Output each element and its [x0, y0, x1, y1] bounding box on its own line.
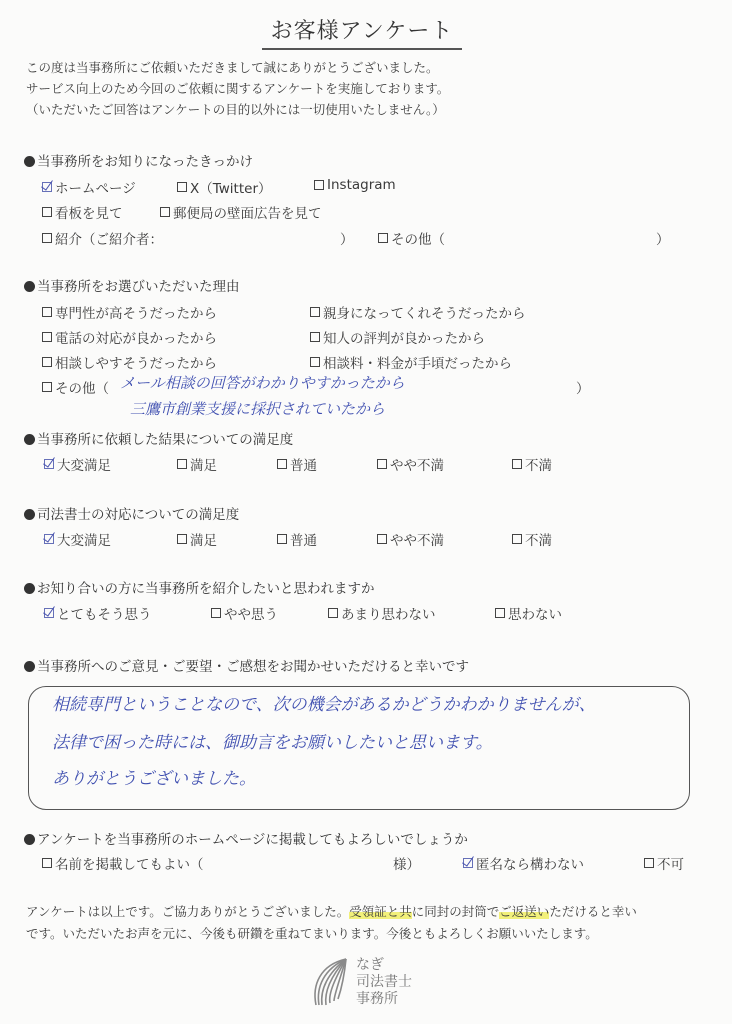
checkbox-icon[interactable] [310, 332, 320, 342]
closing-text: アンケートは以上です。ご協力ありがとうございました。受領証と共に同封の封筒でご返… [26, 901, 637, 945]
paren: ） [340, 228, 354, 248]
option-label: 名前を掲載してもよい（ [55, 853, 204, 873]
checkbox-icon[interactable] [314, 180, 324, 190]
q7-name-suffix: 様） [393, 853, 420, 873]
closing-text-part: に同封の封筒で [412, 904, 500, 919]
q3-option-satisfied[interactable]: 満足 [177, 454, 217, 474]
q2-option-easy-consult[interactable]: 相談しやすそうだったから [42, 352, 217, 372]
option-label: あまり思わない [341, 603, 436, 623]
q3-option-dissatisfied[interactable]: 不満 [512, 454, 552, 474]
option-label: その他（ [55, 377, 109, 397]
intro-line: サービス向上のため今回のご依頼に関するアンケートを実施しております。 [26, 78, 449, 99]
paren: ） [576, 377, 590, 397]
option-label: 郵便局の壁面広告を見て [173, 202, 322, 222]
q3-heading: 当事務所に依頼した結果についての満足度 [24, 428, 293, 448]
option-label: 相談料・料金が手頃だったから [323, 352, 512, 372]
option-label: 不満 [525, 529, 552, 549]
intro-text: この度は当事務所にご依頼いただきまして誠にありがとうございました。 サービス向上… [26, 57, 449, 120]
checkbox-icon[interactable] [42, 207, 52, 217]
q2-other-close: ） [576, 377, 590, 397]
option-label: 看板を見て [55, 202, 123, 222]
checkbox-icon[interactable] [42, 307, 52, 317]
q5-heading: お知り合いの方に当事務所を紹介したいと思われますか [24, 577, 375, 597]
intro-line: この度は当事務所にご依頼いただきまして誠にありがとうございました。 [26, 57, 449, 78]
bullet-icon [24, 834, 35, 845]
option-label: 知人の評判が良かったから [323, 327, 485, 347]
closing-line: です。いただいたお声を元に、今後も研鑽を重ねてまいります。今後ともよろしくお願い… [26, 923, 637, 945]
q1-option-other[interactable]: その他（ [378, 228, 445, 248]
comment-handwritten-line: ありがとうございました。 [52, 764, 256, 789]
checkbox-icon[interactable] [377, 534, 387, 544]
q2-option-reputation[interactable]: 知人の評判が良かったから [310, 327, 485, 347]
q3-option-very-satisfied[interactable]: 大変満足 [44, 454, 111, 474]
q3-option-neutral[interactable]: 普通 [277, 454, 317, 474]
checkbox-icon[interactable] [378, 233, 388, 243]
checkbox-icon[interactable] [160, 207, 170, 217]
bullet-icon [24, 434, 35, 445]
checkbox-icon[interactable] [277, 459, 287, 469]
q2-option-price[interactable]: 相談料・料金が手頃だったから [310, 352, 512, 372]
q3-option-somewhat-dissatisfied[interactable]: やや不満 [377, 454, 444, 474]
option-label: やや思う [224, 603, 278, 623]
q4-option-neutral[interactable]: 普通 [277, 529, 317, 549]
option-label: 満足 [190, 529, 217, 549]
option-label: とてもそう思う [57, 603, 152, 623]
name-suffix: 様） [393, 853, 420, 873]
option-label: 満足 [190, 454, 217, 474]
bullet-icon [24, 509, 35, 520]
q4-option-dissatisfied[interactable]: 不満 [512, 529, 552, 549]
closing-line: アンケートは以上です。ご協力ありがとうございました。受領証と共に同封の封筒でご返… [26, 901, 637, 923]
q7-heading: アンケートを当事務所のホームページに掲載してもよろしいでしょうか [24, 828, 468, 848]
closing-text-part: アンケートは以上です。ご協力ありがとうございました。 [26, 904, 349, 919]
checkbox-icon[interactable] [42, 382, 52, 392]
q2-other-handwritten-line: メール相談の回答がわかりやすかったから [120, 372, 405, 393]
q4-option-somewhat-dissatisfied[interactable]: やや不満 [377, 529, 444, 549]
checkbox-icon[interactable] [377, 459, 387, 469]
highlighted-text: ご返送い [499, 904, 549, 919]
q4-heading-text: 司法書士の対応についての満足度 [37, 507, 239, 523]
checkbox-checked-icon[interactable] [463, 858, 473, 868]
checkbox-icon[interactable] [42, 233, 52, 243]
checkbox-checked-icon[interactable] [44, 608, 54, 618]
option-label: やや不満 [390, 529, 444, 549]
bullet-icon [24, 583, 35, 594]
q2-other-handwritten-line: 三鷹市創業支援に採択されていたから [130, 398, 385, 419]
q1-option-post-office-ad[interactable]: 郵便局の壁面広告を見て [160, 202, 322, 222]
checkbox-icon[interactable] [512, 459, 522, 469]
survey-page: お客様アンケート この度は当事務所にご依頼いただきまして誠にありがとうございまし… [0, 0, 732, 1024]
q1-option-signboard[interactable]: 看板を見て [42, 202, 123, 222]
checkbox-icon[interactable] [42, 858, 52, 868]
q2-heading: 当事務所をお選びいただいた理由 [24, 275, 240, 295]
q7-option-not-allowed[interactable]: 不可 [644, 853, 684, 873]
option-label: 専門性が高そうだったから [55, 302, 217, 322]
option-label: その他（ [391, 228, 445, 248]
intro-line: （いただいたご回答はアンケートの目的以外には一切使用いたしません。） [26, 99, 449, 120]
option-label: 大変満足 [57, 529, 111, 549]
bullet-icon [24, 661, 35, 672]
option-label: 紹介（ご紹介者： [55, 228, 163, 248]
checkbox-icon[interactable] [177, 534, 187, 544]
q6-heading: 当事務所へのご意見・ご要望・ご感想をお聞かせいただけると幸いです [24, 655, 469, 675]
checkbox-checked-icon[interactable] [44, 534, 54, 544]
q2-option-phone[interactable]: 電話の対応が良かったから [42, 327, 217, 347]
comment-handwritten-line: 相続専門ということなので、次の機会があるかどうかわかりませんが、 [52, 690, 596, 715]
checkbox-icon[interactable] [42, 332, 52, 342]
q2-option-caring[interactable]: 親身になってくれそうだったから [310, 302, 526, 322]
option-label: ホームページ [55, 177, 136, 197]
q4-option-very-satisfied[interactable]: 大変満足 [44, 529, 111, 549]
logo-line: 司法書士 [356, 974, 412, 991]
option-label: 電話の対応が良かったから [55, 327, 217, 347]
q2-option-other[interactable]: その他（ [42, 377, 109, 397]
q2-option-expertise[interactable]: 専門性が高そうだったから [42, 302, 217, 322]
q5-heading-text: お知り合いの方に当事務所を紹介したいと思われますか [37, 581, 375, 597]
q1-option-referral[interactable]: 紹介（ご紹介者： [42, 228, 163, 248]
option-label: やや不満 [390, 454, 444, 474]
closing-text-part: ただけると幸い [549, 904, 637, 919]
option-label: 普通 [290, 529, 317, 549]
checkbox-icon[interactable] [310, 357, 320, 367]
checkbox-checked-icon[interactable] [42, 182, 52, 192]
q1-heading-text: 当事務所をお知りになったきっかけ [37, 154, 253, 170]
logo-text: なぎ 司法書士 事務所 [356, 957, 412, 1008]
q1-heading: 当事務所をお知りになったきっかけ [24, 150, 253, 170]
option-label: 不満 [525, 454, 552, 474]
q5-option-somewhat-agree[interactable]: やや思う [211, 603, 278, 623]
q1-option-x[interactable]: X（Twitter） [177, 177, 272, 197]
q7-option-anonymous[interactable]: 匿名なら構わない [463, 853, 584, 873]
q5-option-not-much[interactable]: あまり思わない [328, 603, 436, 623]
checkbox-icon[interactable] [177, 459, 187, 469]
checkbox-icon[interactable] [177, 182, 187, 192]
comment-handwritten-line: 法律で困った時には、御助言をお願いしたいと思います。 [52, 728, 493, 753]
q1-option-homepage[interactable]: ホームページ [42, 177, 136, 197]
option-label: 思わない [508, 603, 562, 623]
checkbox-checked-icon[interactable] [44, 459, 54, 469]
checkbox-icon[interactable] [644, 858, 654, 868]
q1-other-close: ） [656, 228, 670, 248]
logo-line: 事務所 [356, 991, 412, 1008]
q6-heading-text: 当事務所へのご意見・ご要望・ご感想をお聞かせいただけると幸いです [37, 659, 469, 675]
office-logo: なぎ 司法書士 事務所 [310, 955, 412, 1009]
checkbox-icon[interactable] [310, 307, 320, 317]
q7-heading-text: アンケートを当事務所のホームページに掲載してもよろしいでしょうか [37, 832, 468, 848]
option-label: Instagram [327, 177, 396, 193]
q4-option-satisfied[interactable]: 満足 [177, 529, 217, 549]
option-label: 不可 [657, 853, 684, 873]
q4-heading: 司法書士の対応についての満足度 [24, 503, 239, 523]
checkbox-icon[interactable] [328, 608, 338, 618]
page-title: お客様アンケート [262, 14, 462, 50]
option-label: 親身になってくれそうだったから [323, 302, 526, 322]
q5-option-disagree[interactable]: 思わない [495, 603, 562, 623]
q5-option-strongly-agree[interactable]: とてもそう思う [44, 603, 152, 623]
bullet-icon [24, 281, 35, 292]
checkbox-icon[interactable] [42, 357, 52, 367]
checkbox-icon[interactable] [495, 608, 505, 618]
paren: ） [656, 228, 670, 248]
option-label: 相談しやすそうだったから [55, 352, 217, 372]
checkbox-icon[interactable] [512, 534, 522, 544]
leaf-logo-icon [310, 955, 352, 1009]
option-label: 普通 [290, 454, 317, 474]
logo-line: なぎ [356, 957, 412, 974]
option-label: 匿名なら構わない [476, 853, 584, 873]
q7-option-publish-name[interactable]: 名前を掲載してもよい（ [42, 853, 204, 873]
q1-option-instagram[interactable]: Instagram [314, 177, 396, 193]
q1-referral-close: ） [340, 228, 354, 248]
q3-heading-text: 当事務所に依頼した結果についての満足度 [37, 432, 293, 448]
q2-heading-text: 当事務所をお選びいただいた理由 [37, 279, 240, 295]
option-label: X（Twitter） [190, 177, 272, 197]
highlighted-text: 受領証と共 [349, 904, 412, 919]
bullet-icon [24, 156, 35, 167]
checkbox-icon[interactable] [211, 608, 221, 618]
option-label: 大変満足 [57, 454, 111, 474]
checkbox-icon[interactable] [277, 534, 287, 544]
